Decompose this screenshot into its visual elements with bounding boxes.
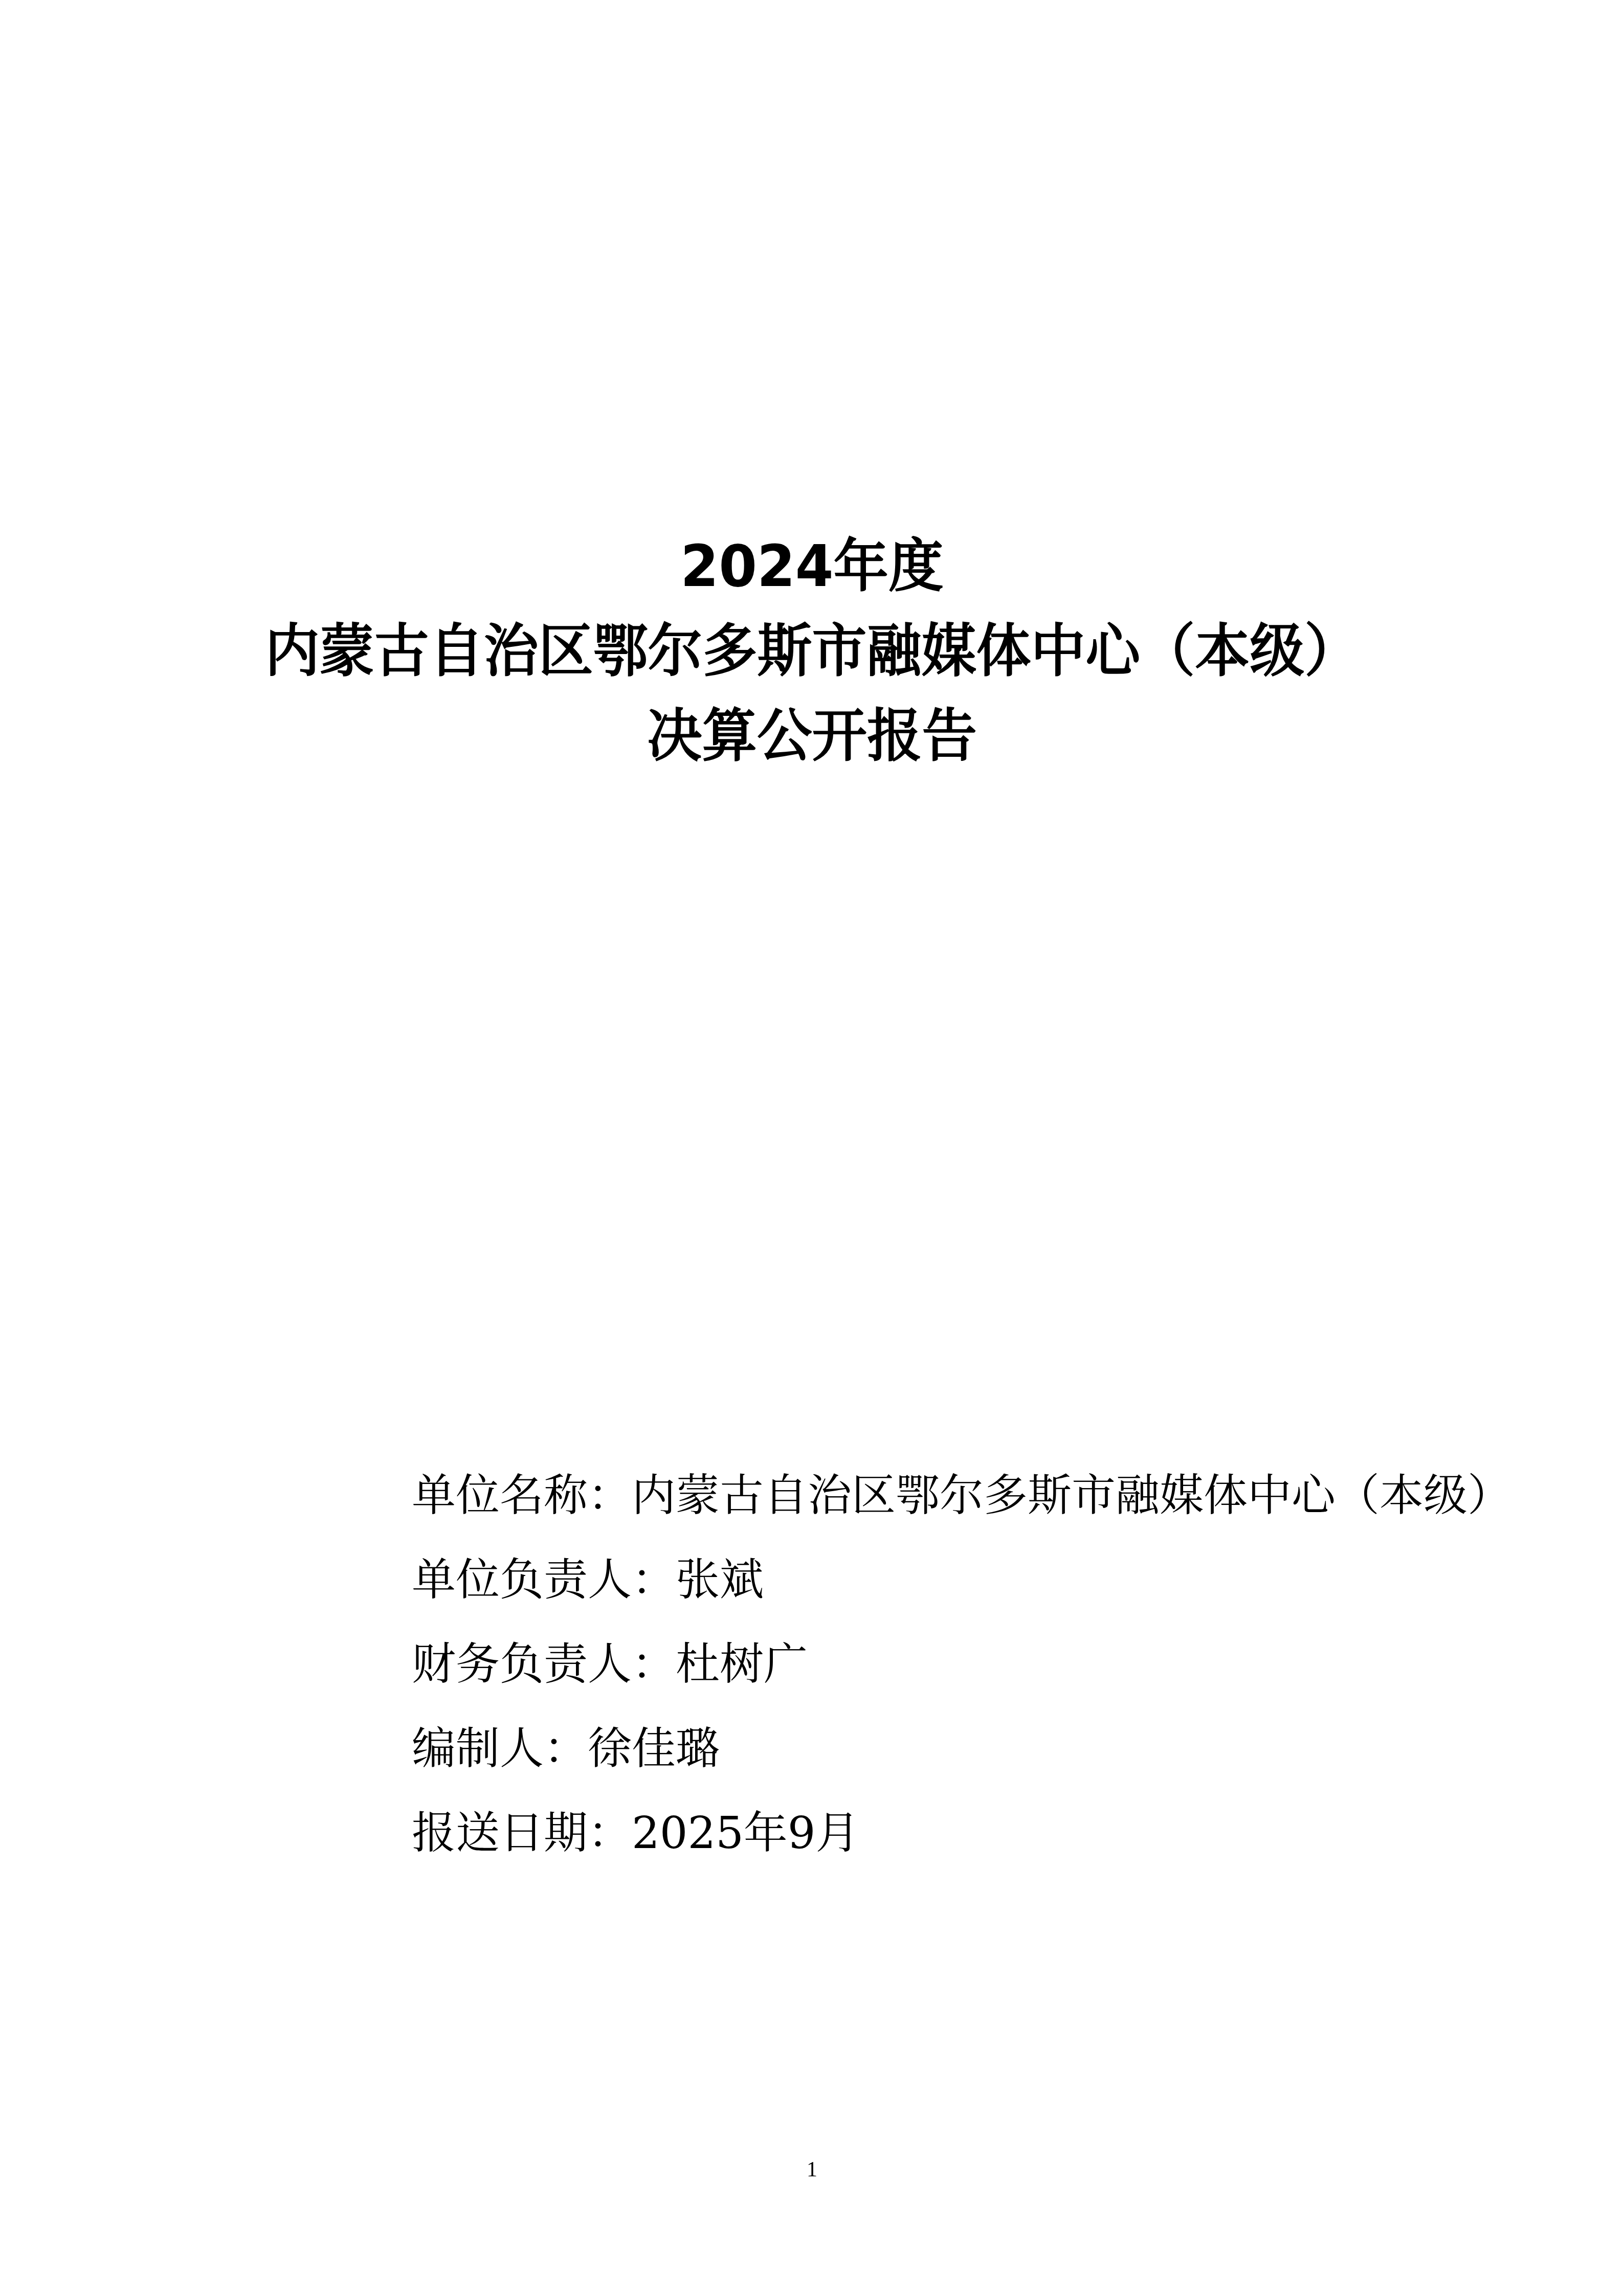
info-label: 报送日期： bbox=[412, 1805, 632, 1861]
title-report-type: 决算公开报告 bbox=[33, 694, 1592, 779]
info-value: 张斌 bbox=[676, 1552, 764, 1608]
info-unit-head: 单位负责人：张斌 bbox=[412, 1552, 1511, 1636]
info-label: 单位负责人： bbox=[412, 1552, 676, 1608]
info-label: 单位名称： bbox=[412, 1468, 632, 1524]
document-page: 2024年度 内蒙古自治区鄂尔多斯市融媒体中心（本级） 决算公开报告 单位名称：… bbox=[0, 0, 1624, 2296]
info-value: 徐佳璐 bbox=[588, 1721, 720, 1777]
info-label: 编制人： bbox=[412, 1721, 588, 1777]
info-preparer: 编制人：徐佳璐 bbox=[412, 1721, 1511, 1805]
info-finance-head: 财务负责人：杜树广 bbox=[412, 1636, 1511, 1721]
info-unit-name: 单位名称：内蒙古自治区鄂尔多斯市融媒体中心（本级） bbox=[412, 1468, 1511, 1552]
page-number: 1 bbox=[0, 2157, 1624, 2182]
report-info: 单位名称：内蒙古自治区鄂尔多斯市融媒体中心（本级） 单位负责人：张斌 财务负责人… bbox=[412, 1468, 1511, 1889]
info-value: 内蒙古自治区鄂尔多斯市融媒体中心（本级） bbox=[632, 1468, 1511, 1524]
info-submission-date: 报送日期：2025年9月 bbox=[412, 1805, 1511, 1889]
info-label: 财务负责人： bbox=[412, 1636, 676, 1693]
report-title: 2024年度 内蒙古自治区鄂尔多斯市融媒体中心（本级） 决算公开报告 bbox=[0, 524, 1624, 779]
title-year: 2024年度 bbox=[33, 524, 1592, 609]
title-organization: 内蒙古自治区鄂尔多斯市融媒体中心（本级） bbox=[36, 609, 1587, 694]
info-value: 2025年9月 bbox=[632, 1805, 860, 1861]
info-value: 杜树广 bbox=[676, 1636, 808, 1693]
